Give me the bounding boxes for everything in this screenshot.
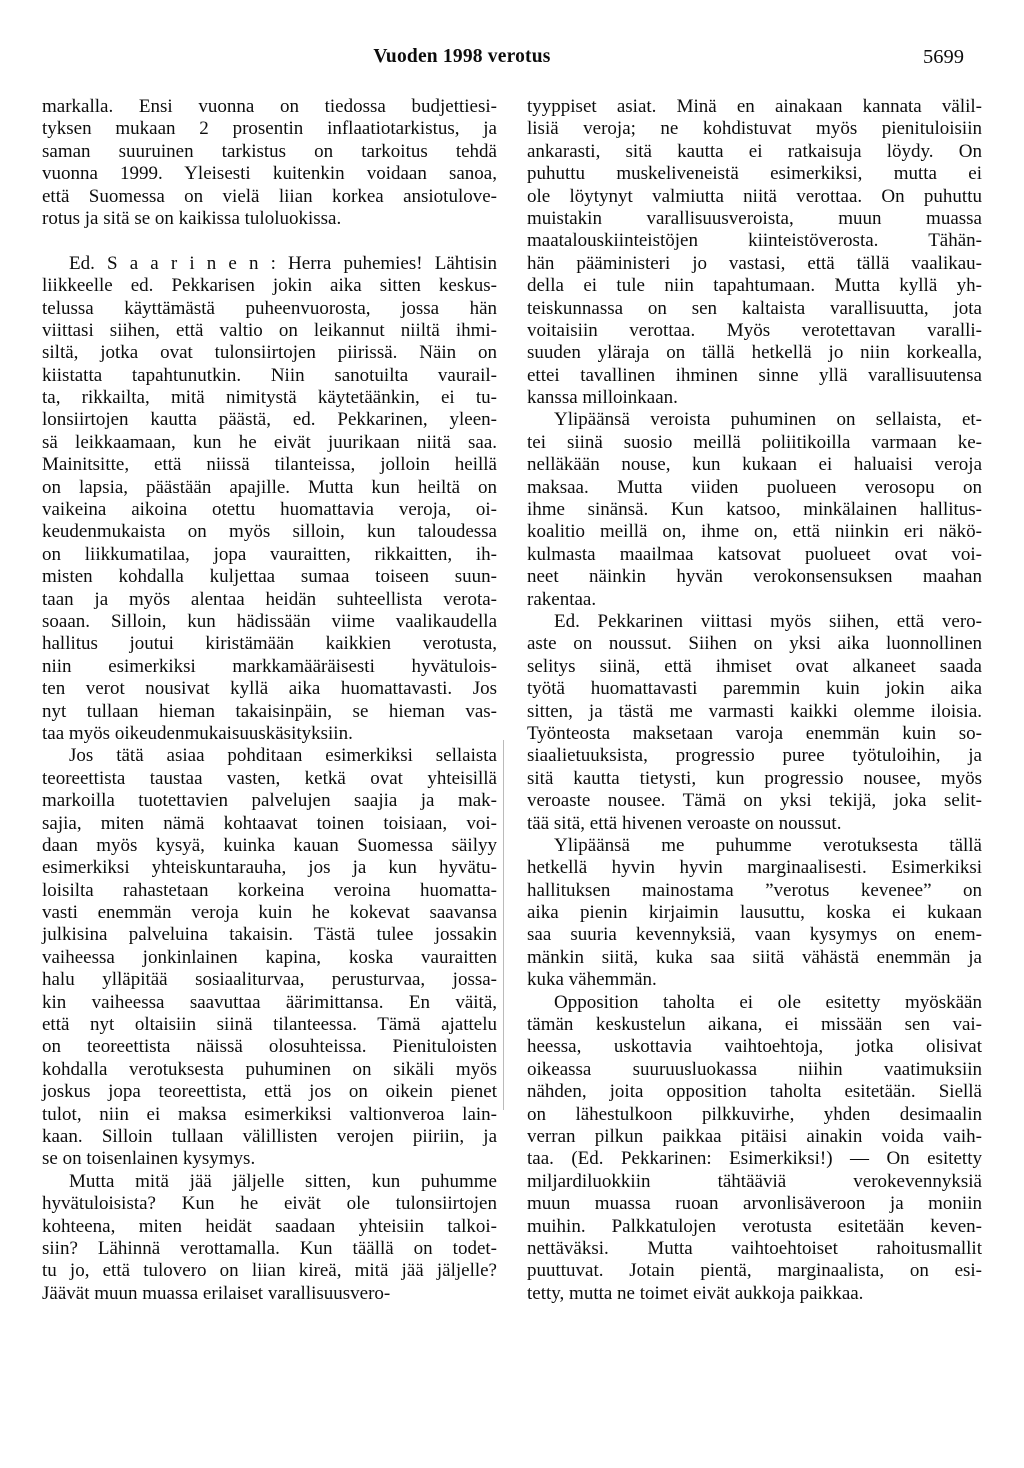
paragraph: Ed. S a a r i n e n : Herra puhemies! Lä…: [42, 253, 497, 746]
text-line: julkisina palveluina takaisin. Tästä tul…: [42, 924, 497, 946]
text-line: ten verot nousivat kyllä aika huomattava…: [42, 678, 497, 700]
paragraph: Ed. Pekkarinen viittasi myös siihen, ett…: [527, 611, 982, 835]
text-line: kuka vähemmän.: [527, 969, 982, 991]
text-line: on teoreettista näissä olosuhteissa. Pie…: [42, 1036, 497, 1058]
text-line: nelläkään nouse, kun kukaan ei haluaisi …: [527, 454, 982, 476]
text-line: puhuttu muskeliveneistä esimerkiksi, mut…: [527, 163, 982, 185]
text-line: hallitus joutui kiristämään kaikkien ver…: [42, 633, 497, 655]
text-line: heessa, uskottavia vaihtoehtoja, jotka o…: [527, 1036, 982, 1058]
paragraph: tyyppiset asiat. Minä en ainakaan kannat…: [527, 96, 982, 409]
text-line: on liikkumatilaa, jopa vauraitten, rikka…: [42, 544, 497, 566]
text-line: veroaste nousee. Tämä on yksi tekijä, jo…: [527, 790, 982, 812]
text-line: soaan. Silloin, kun hädissään viime vaal…: [42, 611, 497, 633]
text-line: aika pienin kirjaimin lausuttu, koska ei…: [527, 902, 982, 924]
text-line: koalitio meillä on, ihme on, että niinki…: [527, 521, 982, 543]
text-line: suuden yläraja on tällä hetkellä jo niin…: [527, 342, 982, 364]
text-line: hallituksen mainostama ”verotus kevenee”…: [527, 880, 982, 902]
text-line: Ed. S a a r i n e n : Herra puhemies! Lä…: [42, 253, 497, 275]
text-line: saman suuruinen tarkistus on tarkoitus t…: [42, 141, 497, 163]
text-line: vaikeina aikoina otettu huomattavia vero…: [42, 499, 497, 521]
text-line: siaalietuuksista, progressio puree työtu…: [527, 745, 982, 767]
text-line: mänkin siitä, kuka saa siitä vähästä ene…: [527, 947, 982, 969]
text-line: loisilta rahastetaan korkeina veroina hu…: [42, 880, 497, 902]
text-line: miljardiluokkiin tähtääviä verokevennyks…: [527, 1171, 982, 1193]
text-line: kohteena, miten heidät saadaan yhteisiin…: [42, 1216, 497, 1238]
text-line: lisiä veroja; ne kohdistuvat myös pienit…: [527, 118, 982, 140]
text-line: Mutta mitä jää jäljelle sitten, kun puhu…: [42, 1171, 497, 1193]
text-line: halu ylläpitää sosiaaliturvaa, perusturv…: [42, 969, 497, 991]
text-line: maksaa. Mutta viiden puolueen verosopu o…: [527, 477, 982, 499]
text-line: Ylipäänsä me puhumme verotuksesta tällä: [527, 835, 982, 857]
text-line: siltä, jotka ovat tulonsiirtojen piiriss…: [42, 342, 497, 364]
text-line: ole löytynyt valmiutta niitä verottaa. O…: [527, 186, 982, 208]
text-line: hetkellä hyvin hyvin marginaalisesti. Es…: [527, 857, 982, 879]
text-line: taa myös oikeudenmukaisuuskäsityksiin.: [42, 723, 497, 745]
text-line: sä leikkaamaan, kun he eivät juurikaan n…: [42, 432, 497, 454]
text-line: on lähestulkoon pilkkuvirhe, yhden desim…: [527, 1104, 982, 1126]
text-line: nähden, joita opposition taholta esitetä…: [527, 1081, 982, 1103]
text-line: esimerkiksi yhteiskuntarauha, jos ja kun…: [42, 857, 497, 879]
text-line: muun muassa ruoan arvonlisäveroon ja mon…: [527, 1193, 982, 1215]
text-line: lonsiirtojen kautta päästä, ed. Pekkarin…: [42, 409, 497, 431]
text-line: ettei tavallinen ihminen sinne yllä vara…: [527, 365, 982, 387]
text-line: hän pääministeri jo vastasi, että tällä …: [527, 253, 982, 275]
text-line: Mainitsitte, että niissä tilanteissa, jo…: [42, 454, 497, 476]
text-line: että nyt oltaisiin siinä tilanteessa. Tä…: [42, 1014, 497, 1036]
text-line: teoreettista taustaa vasten, ketkä ovat …: [42, 768, 497, 790]
text-line: kohdalla verotuksesta puhuminen on sikäl…: [42, 1059, 497, 1081]
text-line: sitä kautta tietysti, kun progressio nou…: [527, 768, 982, 790]
text-line: verran pilkun paikkaa pitäisi ainakin vo…: [527, 1126, 982, 1148]
column-right: tyyppiset asiat. Minä en ainakaan kannat…: [527, 96, 982, 1305]
text-line: sitten, ja tästä me varmasti kaikki olem…: [527, 701, 982, 723]
text-line: niin esimerkiksi markkamääräisesti hyvät…: [42, 656, 497, 678]
text-line: ankarasti, sitä kautta ei ratkaisuja löy…: [527, 141, 982, 163]
paragraph: Ylipäänsä me puhumme verotuksesta tälläh…: [527, 835, 982, 992]
page-header: Vuoden 1998 verotus 5699: [42, 46, 982, 74]
text-line: hyvätuloisista? Kun he eivät ole tulonsi…: [42, 1193, 497, 1215]
text-line: taa. (Ed. Pekkarinen: Esimerkiksi!) — On…: [527, 1148, 982, 1170]
text-line: Jäävät muun muassa erilaiset varallisuus…: [42, 1283, 497, 1305]
text-line: telussa käyttämästä puheenvuorosta, joss…: [42, 298, 497, 320]
text-line: tämän keskustelun aikana, ei missään sen…: [527, 1014, 982, 1036]
text-line: on lapsia, päästään apajille. Mutta kun …: [42, 477, 497, 499]
text-line: Ylipäänsä veroista puhuminen on sellaist…: [527, 409, 982, 431]
page-number: 5699: [923, 46, 964, 69]
paragraph: Opposition taholta ei ole esitetty myösk…: [527, 992, 982, 1305]
text-line: tei siinä suosio meillä poliitikoilla va…: [527, 432, 982, 454]
text-line: ihme sinänsä. Kun katsoo, minkälainen ha…: [527, 499, 982, 521]
paragraph: markalla. Ensi vuonna on tiedossa budjet…: [42, 96, 497, 230]
text-line: tää sitä, että hivenen veroaste on nouss…: [527, 813, 982, 835]
text-line: liikkeelle ed. Pekkarisen jokin aika sit…: [42, 275, 497, 297]
text-line: tetty, mutta ne toimet eivät aukkoja pai…: [527, 1283, 982, 1305]
text-line: keudenmukaista on myös silloin, kun talo…: [42, 521, 497, 543]
text-line: tyyppiset asiat. Minä en ainakaan kannat…: [527, 96, 982, 118]
text-line: teiskunnassa on sen kaltaista varallisuu…: [527, 298, 982, 320]
document-body: markalla. Ensi vuonna on tiedossa budjet…: [42, 96, 982, 1305]
text-line: viittasi siihen, että valtio on leikannu…: [42, 320, 497, 342]
text-line: puuttuvat. Jotain pientä, marginaalista,…: [527, 1260, 982, 1282]
text-line: rotus ja sitä se on kaikissa tuloluokiss…: [42, 208, 497, 230]
text-line: se on toisenlainen kysymys.: [42, 1148, 497, 1170]
text-line: kaan. Silloin tullaan välillisten veroje…: [42, 1126, 497, 1148]
text-line: daan myös kysyä, kuinka kauan Suomessa s…: [42, 835, 497, 857]
text-line: Jos tätä asiaa pohditaan esimerkiksi sel…: [42, 745, 497, 767]
text-line: maatalouskiinteistöjen kiinteistöverosta…: [527, 230, 982, 252]
text-line: että Suomessa on vielä liian korkea ansi…: [42, 186, 497, 208]
paragraph: Jos tätä asiaa pohditaan esimerkiksi sel…: [42, 745, 497, 1170]
text-line: kin vaiheessa saavuttaa äärimittansa. En…: [42, 992, 497, 1014]
text-line: saa suuria kevennyksiä, vaan kysymys on …: [527, 924, 982, 946]
text-line: voitaisiin verottaa. Myös verotettavan v…: [527, 320, 982, 342]
text-line: misten kohdalla kuljettaa sumaa toiseen …: [42, 566, 497, 588]
text-line: aste on noussut. Siihen on yksi aika luo…: [527, 633, 982, 655]
text-line: tulot, niin ei maksa esimerkiksi valtion…: [42, 1104, 497, 1126]
text-line: markalla. Ensi vuonna on tiedossa budjet…: [42, 96, 497, 118]
paragraph: Ylipäänsä veroista puhuminen on sellaist…: [527, 409, 982, 611]
page-title: Vuoden 1998 verotus: [42, 46, 882, 68]
text-line: sajia, miten nämä kohtaavat toinen toisi…: [42, 813, 497, 835]
text-line: vuonna 1999. Yleisesti kuitenkin voidaan…: [42, 163, 497, 185]
text-line: vaiheessa jonkinlainen kapina, koska vau…: [42, 947, 497, 969]
text-line: markoilla tuotettavien palvelujen saajia…: [42, 790, 497, 812]
text-line: kiistatta tapahtunutkin. Niin sanotuilta…: [42, 365, 497, 387]
text-line: nettäväksi. Mutta vaihtoehtoiset rahoitu…: [527, 1238, 982, 1260]
text-line: Työnteosta maksetaan varoja enemmän kuin…: [527, 723, 982, 745]
text-line: Ed. Pekkarinen viittasi myös siihen, ett…: [527, 611, 982, 633]
text-line: kanssa milloinkaan.: [527, 387, 982, 409]
text-line: rakentaa.: [527, 589, 982, 611]
text-line: neet näinkin hyvän verokonsensuksen maah…: [527, 566, 982, 588]
text-line: siin? Lähinnä verottamalla. Kun täällä o…: [42, 1238, 497, 1260]
scan-artifact-line: [503, 740, 504, 1110]
paragraph: Mutta mitä jää jäljelle sitten, kun puhu…: [42, 1171, 497, 1305]
text-line: tyksen mukaan 2 prosentin inflaatiotarki…: [42, 118, 497, 140]
text-line: joskus jopa teoreettista, että jos on oi…: [42, 1081, 497, 1103]
text-line: oikeassa suuruusluokassa niihin vaatimuk…: [527, 1059, 982, 1081]
text-line: taan ja myös alentaa heidän suhteellista…: [42, 589, 497, 611]
text-line: muihin. Palkkatulojen verotusta esitetää…: [527, 1216, 982, 1238]
text-line: kulmasta maailmaa katsovat puolueet ovat…: [527, 544, 982, 566]
text-line: nyt tullaan hieman takaisinpäin, se hiem…: [42, 701, 497, 723]
text-line: vasti enemmän veroja kuin he kokevat saa…: [42, 902, 497, 924]
text-line: muistakin varallisuusveroista, muun muas…: [527, 208, 982, 230]
text-line: selitys siinä, että ihmiset ovat alkanee…: [527, 656, 982, 678]
text-line: della ei tule niin tapahtumaan. Mutta ky…: [527, 275, 982, 297]
text-line: työtä huomattavasti paremmin kuin jokin …: [527, 678, 982, 700]
text-line: Opposition taholta ei ole esitetty myösk…: [527, 992, 982, 1014]
text-line: ta, rikkailta, mitä nimitystä käytetäänk…: [42, 387, 497, 409]
text-line: tu jo, että tulovero on liian kireä, mit…: [42, 1260, 497, 1282]
column-left: markalla. Ensi vuonna on tiedossa budjet…: [42, 96, 497, 1305]
